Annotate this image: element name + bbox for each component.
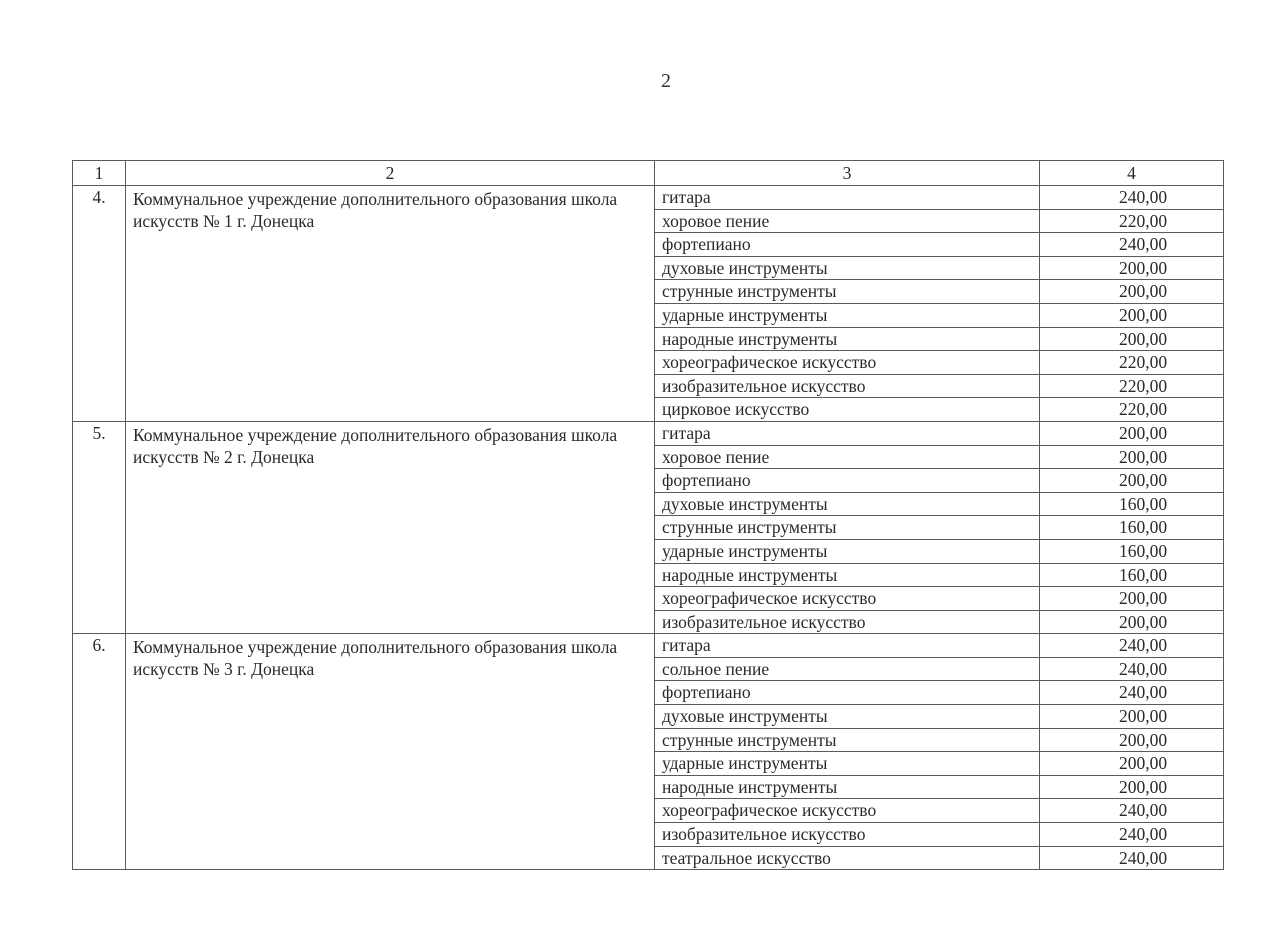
price-value: 200,00: [1040, 303, 1224, 327]
discipline-name: духовые инструменты: [655, 492, 1040, 516]
table-row: 5.Коммунальное учреждение дополнительног…: [73, 421, 1224, 445]
discipline-name: ударные инструменты: [655, 752, 1040, 776]
price-value: 200,00: [1040, 280, 1224, 304]
price-value: 240,00: [1040, 186, 1224, 210]
price-value: 200,00: [1040, 728, 1224, 752]
discipline-name: изобразительное искусство: [655, 610, 1040, 634]
price-value: 240,00: [1040, 657, 1224, 681]
discipline-name: гитара: [655, 421, 1040, 445]
discipline-name: цирковое искусство: [655, 398, 1040, 422]
page-number: 2: [0, 70, 1280, 93]
price-value: 220,00: [1040, 398, 1224, 422]
price-value: 220,00: [1040, 209, 1224, 233]
price-value: 240,00: [1040, 233, 1224, 257]
price-value: 200,00: [1040, 421, 1224, 445]
discipline-name: хореографическое искусство: [655, 587, 1040, 611]
price-value: 200,00: [1040, 327, 1224, 351]
discipline-name: хоровое пение: [655, 209, 1040, 233]
price-value: 200,00: [1040, 256, 1224, 280]
column-header: 4: [1040, 161, 1224, 186]
column-header: 3: [655, 161, 1040, 186]
table-row: 4.Коммунальное учреждение дополнительног…: [73, 186, 1224, 210]
price-value: 240,00: [1040, 799, 1224, 823]
discipline-name: струнные инструменты: [655, 728, 1040, 752]
price-value: 200,00: [1040, 752, 1224, 776]
discipline-name: хоровое пение: [655, 445, 1040, 469]
price-value: 240,00: [1040, 681, 1224, 705]
discipline-name: ударные инструменты: [655, 303, 1040, 327]
discipline-name: сольное пение: [655, 657, 1040, 681]
table-row: 6.Коммунальное учреждение дополнительног…: [73, 634, 1224, 658]
institution-name: Коммунальное учреждение дополнительного …: [126, 634, 655, 870]
price-value: 160,00: [1040, 563, 1224, 587]
price-value: 220,00: [1040, 374, 1224, 398]
price-value: 200,00: [1040, 587, 1224, 611]
price-value: 200,00: [1040, 705, 1224, 729]
discipline-name: духовые инструменты: [655, 705, 1040, 729]
discipline-name: хореографическое искусство: [655, 351, 1040, 375]
row-number: 4.: [73, 186, 126, 422]
discipline-name: хореографическое искусство: [655, 799, 1040, 823]
price-value: 200,00: [1040, 775, 1224, 799]
discipline-name: народные инструменты: [655, 775, 1040, 799]
price-value: 200,00: [1040, 445, 1224, 469]
discipline-name: изобразительное искусство: [655, 374, 1040, 398]
table-header-row: 1 2 3 4: [73, 161, 1224, 186]
institution-name: Коммунальное учреждение дополнительного …: [126, 421, 655, 633]
row-number: 5.: [73, 421, 126, 633]
discipline-name: фортепиано: [655, 233, 1040, 257]
price-value: 220,00: [1040, 351, 1224, 375]
price-value: 200,00: [1040, 469, 1224, 493]
discipline-name: духовые инструменты: [655, 256, 1040, 280]
discipline-name: струнные инструменты: [655, 516, 1040, 540]
discipline-name: гитара: [655, 634, 1040, 658]
tariff-table: 1 2 3 4 4.Коммунальное учреждение дополн…: [72, 160, 1224, 870]
price-value: 160,00: [1040, 492, 1224, 516]
discipline-name: ударные инструменты: [655, 539, 1040, 563]
price-value: 160,00: [1040, 539, 1224, 563]
price-value: 160,00: [1040, 516, 1224, 540]
discipline-name: изобразительное искусство: [655, 823, 1040, 847]
institution-name: Коммунальное учреждение дополнительного …: [126, 186, 655, 422]
row-number: 6.: [73, 634, 126, 870]
discipline-name: театральное искусство: [655, 846, 1040, 870]
discipline-name: народные инструменты: [655, 563, 1040, 587]
price-value: 240,00: [1040, 823, 1224, 847]
discipline-name: фортепиано: [655, 469, 1040, 493]
discipline-name: струнные инструменты: [655, 280, 1040, 304]
price-value: 200,00: [1040, 610, 1224, 634]
column-header: 2: [126, 161, 655, 186]
discipline-name: народные инструменты: [655, 327, 1040, 351]
discipline-name: фортепиано: [655, 681, 1040, 705]
price-value: 240,00: [1040, 846, 1224, 870]
discipline-name: гитара: [655, 186, 1040, 210]
column-header: 1: [73, 161, 126, 186]
price-value: 240,00: [1040, 634, 1224, 658]
